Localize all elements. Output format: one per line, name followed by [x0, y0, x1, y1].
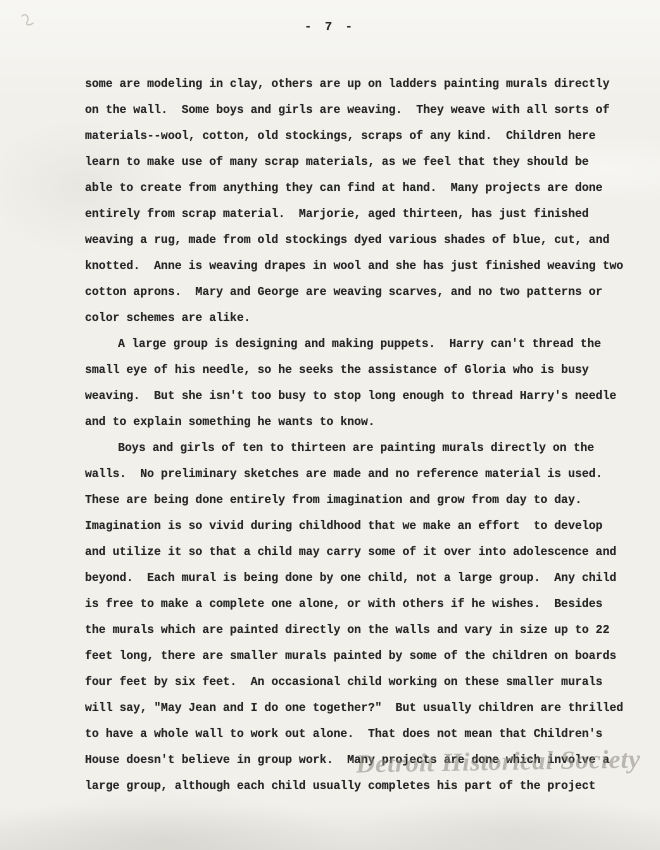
- paragraph-puppets: A large group is designing and making pu…: [85, 332, 633, 436]
- document-page: - 7 - some are modeling in clay, others …: [0, 0, 660, 850]
- page-number: - 7 -: [0, 20, 660, 34]
- paragraph-murals: Boys and girls of ten to thirteen are pa…: [85, 436, 633, 800]
- typewritten-text-block: some are modeling in clay, others are up…: [85, 72, 633, 800]
- paragraph-weaving-scrap-materials: some are modeling in clay, others are up…: [85, 72, 633, 332]
